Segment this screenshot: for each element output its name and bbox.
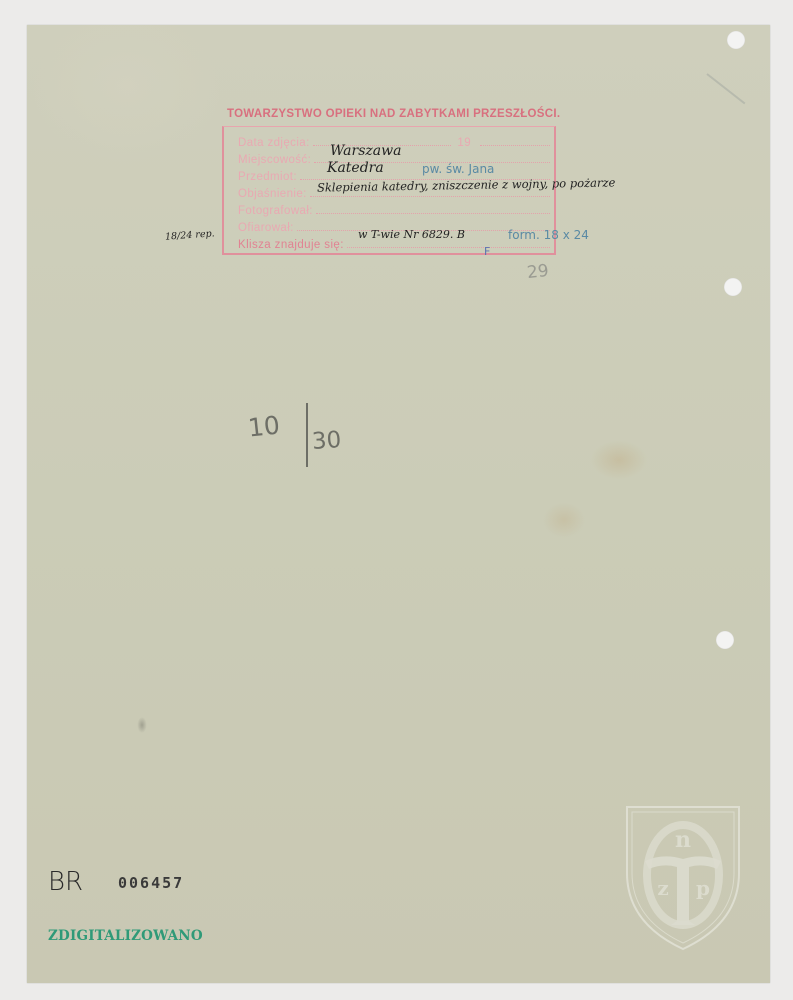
society-emblem-watermark: n z p bbox=[623, 803, 743, 953]
field-label: Klisza znajduje się: bbox=[238, 239, 344, 251]
field-label: Objaśnienie: bbox=[238, 188, 307, 200]
punch-hole-top bbox=[727, 31, 745, 49]
paper-crease bbox=[706, 73, 745, 104]
field-label: Przedmiot: bbox=[238, 171, 297, 183]
field-label: Fotografował: bbox=[238, 205, 313, 217]
field-label: Miejscowość: bbox=[238, 154, 311, 166]
handwritten-initials: BR bbox=[48, 867, 83, 897]
inventory-number: 006457 bbox=[118, 874, 184, 892]
svg-text:z: z bbox=[657, 876, 668, 900]
field-photographer: Fotografował: bbox=[238, 201, 550, 217]
punch-hole-bottom bbox=[716, 631, 734, 649]
field-label: Data zdjęcia: bbox=[238, 137, 310, 149]
pencil-number: 29 bbox=[526, 261, 550, 283]
stamp-title: TOWARZYSTWO OPIEKI NAD ZABYTKAMI PRZESZŁ… bbox=[227, 108, 567, 120]
svg-text:p: p bbox=[696, 876, 710, 900]
pencil-fraction-bar bbox=[306, 403, 308, 467]
dotted-line bbox=[310, 195, 550, 197]
pencil-fraction-numerator: 10 bbox=[247, 410, 282, 442]
digitized-stamp: ZDIGITALIZOWANO bbox=[48, 928, 203, 944]
handwritten-subject: Katedra bbox=[327, 160, 384, 176]
svg-text:n: n bbox=[675, 827, 691, 853]
handwritten-letter-f: F bbox=[484, 245, 490, 258]
handwritten-location: Warszawa bbox=[330, 143, 401, 159]
handwritten-negative-location: w T-wie Nr 6829. B bbox=[358, 228, 465, 241]
pencil-fraction-denominator: 30 bbox=[311, 427, 342, 455]
handwritten-subject-annotation: pw. św. Jana bbox=[422, 162, 494, 176]
dotted-line bbox=[347, 246, 550, 248]
year-prefix: 19 bbox=[457, 137, 471, 149]
field-label: Ofiarował: bbox=[238, 222, 294, 234]
dotted-line bbox=[480, 144, 550, 146]
dotted-line bbox=[316, 212, 550, 214]
handwritten-format: form. 18 x 24 bbox=[508, 228, 589, 242]
punch-hole-middle bbox=[724, 278, 742, 296]
